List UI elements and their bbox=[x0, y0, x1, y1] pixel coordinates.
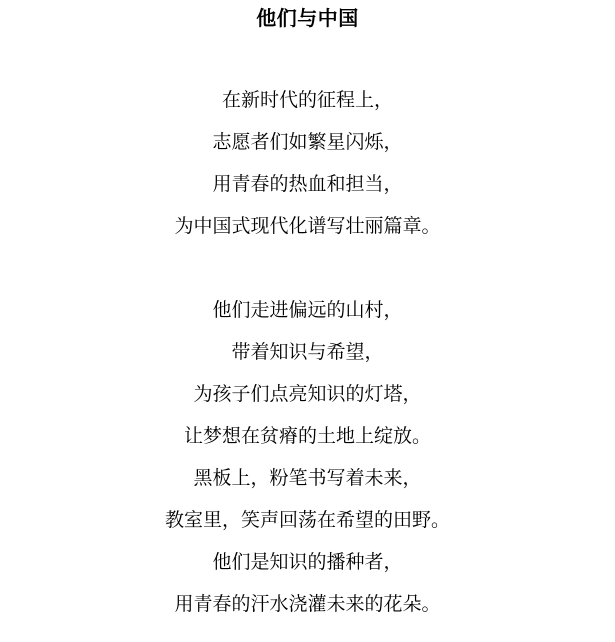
poem-line: 用青春的热血和担当， bbox=[0, 164, 615, 206]
poem-line: 用青春的汗水浇灌未来的花朵。 bbox=[0, 584, 615, 626]
document-page: 他们与中国 在新时代的征程上， 志愿者们如繁星闪烁， 用青春的热血和担当， 为中… bbox=[0, 0, 615, 642]
poem-line: 他们走进偏远的山村， bbox=[0, 290, 615, 332]
poem-line: 教室里，笑声回荡在希望的田野。 bbox=[0, 500, 615, 542]
stanza-spacer bbox=[0, 248, 615, 290]
poem-stanza-1: 在新时代的征程上， 志愿者们如繁星闪烁， 用青春的热血和担当， 为中国式现代化谱… bbox=[0, 80, 615, 248]
poem-line: 志愿者们如繁星闪烁， bbox=[0, 122, 615, 164]
poem-line: 黑板上，粉笔书写着未来， bbox=[0, 458, 615, 500]
poem-line: 为中国式现代化谱写壮丽篇章。 bbox=[0, 206, 615, 248]
stanza-spacer bbox=[0, 38, 615, 80]
poem-stanza-2: 他们走进偏远的山村， 带着知识与希望， 为孩子们点亮知识的灯塔， 让梦想在贫瘠的… bbox=[0, 290, 615, 626]
poem-title: 他们与中国 bbox=[0, 0, 615, 38]
poem-line: 让梦想在贫瘠的土地上绽放。 bbox=[0, 416, 615, 458]
poem-line: 在新时代的征程上， bbox=[0, 80, 615, 122]
poem-line: 他们是知识的播种者， bbox=[0, 542, 615, 584]
poem-line: 带着知识与希望， bbox=[0, 332, 615, 374]
poem-line: 为孩子们点亮知识的灯塔， bbox=[0, 374, 615, 416]
